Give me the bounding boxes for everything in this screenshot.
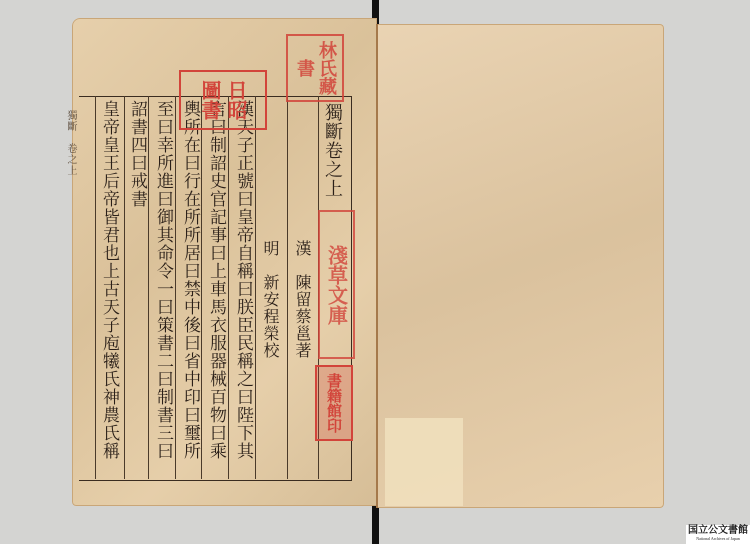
seal-shoseki-kan: 書籍館印 <box>315 365 353 441</box>
column-rule <box>124 96 125 479</box>
editor-line: 明 新安程榮校 <box>260 240 280 359</box>
text-column-4: 至曰幸所進曰御其命令一曰策書二曰制書三曰 <box>153 100 173 460</box>
text-column-1: 漢天子正號曰皇帝自稱曰朕臣民稱之曰陛下其 <box>233 100 253 460</box>
margin-label: 獨斷 卷之上 <box>64 110 76 176</box>
seal-asakusa-bunko: 淺草文庫 <box>318 210 355 359</box>
column-rule <box>201 96 202 479</box>
column-rule <box>175 96 176 479</box>
column-rule <box>255 96 256 479</box>
seal-nisshou: 日昭圖書 <box>179 70 267 130</box>
book-title: 獨斷卷之上 <box>322 103 342 198</box>
text-column-6: 皇帝皇王后帝皆君也上古天子庖犧氏神農氏稱 <box>99 100 119 460</box>
column-rule <box>287 96 288 479</box>
text-column-2: 言曰制詔史官記事曰上車馬衣服器械百物曰乘 <box>206 100 226 460</box>
column-rule <box>95 96 96 479</box>
page-gutter <box>376 24 378 508</box>
column-rule <box>228 96 229 479</box>
logo-english: National Archives of Japan <box>686 536 750 541</box>
paper-slip <box>385 418 463 506</box>
author-line: 漢 陳留蔡邕著 <box>292 240 312 359</box>
text-column-5: 詔書四曰戒書 <box>127 100 147 208</box>
book-spine-bottom <box>372 505 379 544</box>
logo-japanese: 国立公文書館 <box>686 525 750 536</box>
column-rule <box>148 96 149 479</box>
seal-hayashi: 林氏藏書 <box>286 34 344 102</box>
archive-logo: 国立公文書館 National Archives of Japan <box>686 525 750 544</box>
text-column-3: 輿所在曰行在所所居曰禁中後曰省中印曰璽所 <box>180 100 200 460</box>
